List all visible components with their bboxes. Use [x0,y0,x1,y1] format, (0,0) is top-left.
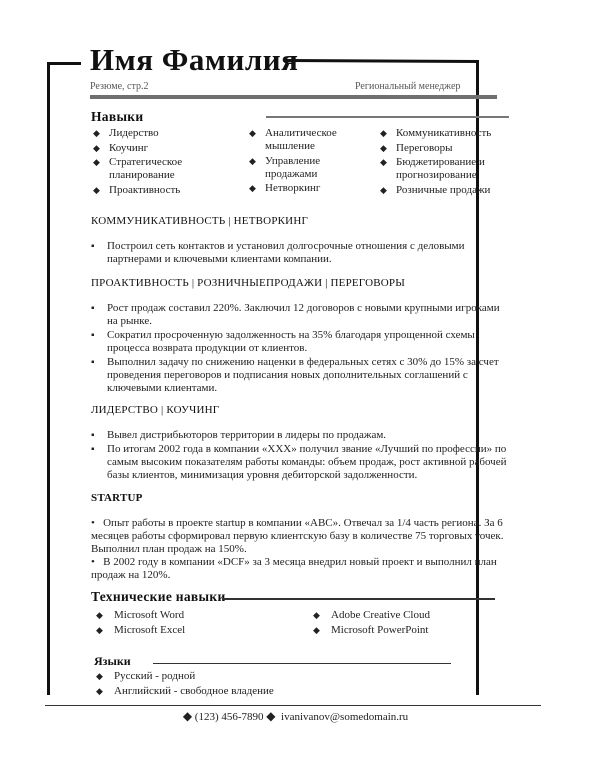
frame-top-right-border [285,59,478,63]
experience-category-title: КОММУНИКАТИВНОСТЬ | НЕТВОРКИНГ [91,215,308,227]
experience-category-title: STARTUP [91,492,143,504]
skill-item: ◆Проактивность [93,184,233,197]
tech-skills-right: ◆Adobe Creative Cloud ◆Microsoft PowerPo… [313,608,430,638]
diamond-bullet-icon: ◆ [249,182,256,195]
square-bullet-icon: ▪ [91,429,95,442]
tech-skills-left: ◆Microsoft Word ◆Microsoft Excel [96,608,185,638]
diamond-icon: ◆ [266,709,275,723]
tech-skill-item: ◆Microsoft Word [96,608,185,623]
experience-item: ▪Сократил просроченную задолженность на … [91,329,511,355]
diamond-bullet-icon: ◆ [96,623,103,638]
diamond-bullet-icon: ◆ [249,155,256,168]
tech-skill-item: ◆Microsoft PowerPoint [313,623,430,638]
email-address[interactable]: ivanivanov@somedomain.ru [281,711,408,723]
diamond-bullet-icon: ◆ [313,608,320,623]
square-bullet-icon: ▪ [91,302,95,315]
diamond-bullet-icon: ◆ [96,608,103,623]
experience-list: ▪Рост продаж составил 220%. Заключил 12 … [91,302,511,396]
experience-item: • Опыт работы в проекте startup в компан… [91,517,511,556]
language-item: ◆Английский - свободное владение [96,684,274,699]
skill-item: ◆Коммуникативность [380,127,500,140]
phone-number[interactable]: (123) 456-7890 [195,711,264,723]
tech-skill-item: ◆Adobe Creative Cloud [313,608,430,623]
square-bullet-icon: ▪ [91,240,95,253]
candidate-name: Имя Фамилия [90,40,298,80]
position-title: Региональный менеджер [355,81,460,92]
experience-item: ▪По итогам 2002 года в компании «XXX» по… [91,443,511,482]
frame-left-border [47,63,50,695]
header-divider [90,95,497,99]
frame-top-left-border [47,62,81,65]
experience-item: ▪Вывел дистрибьюторов территории в лидер… [91,429,511,442]
diamond-bullet-icon: ◆ [93,156,100,169]
skills-divider [266,116,509,118]
diamond-bullet-icon: ◆ [93,127,100,140]
skill-item: ◆Нетворкинг [249,182,349,195]
square-bullet-icon: ▪ [91,443,95,456]
skills-column-3: ◆Коммуникативность ◆Переговоры ◆Бюджетир… [380,127,500,198]
square-bullet-icon: ▪ [91,329,95,342]
diamond-bullet-icon: ◆ [380,127,387,140]
skill-item: ◆Управление продажами [249,155,349,181]
experience-category-title: ПРОАКТИВНОСТЬ | РОЗНИЧНЫЕПРОДАЖИ | ПЕРЕГ… [91,277,405,289]
diamond-bullet-icon: ◆ [313,623,320,638]
skill-item: ◆Лидерство [93,127,233,140]
skills-column-1: ◆Лидерство ◆Коучинг ◆Стратегическое план… [93,127,233,198]
experience-item: • В 2002 году в компании «DCF» за 3 меся… [91,556,511,582]
languages-list: ◆Русский - родной ◆Английский - свободно… [96,669,274,699]
skill-item: ◆Розничные продажи [380,184,500,197]
language-item: ◆Русский - родной [96,669,274,684]
diamond-bullet-icon: ◆ [93,184,100,197]
startup-list: • Опыт работы в проекте startup в компан… [91,517,511,582]
tech-skills-divider [222,598,495,600]
tech-skills-heading: Технические навыки [91,589,226,605]
diamond-bullet-icon: ◆ [96,669,103,684]
dot-bullet-icon: • [91,517,95,529]
languages-heading: Языки [94,654,131,669]
diamond-icon: ◆ [183,709,192,723]
experience-list: ▪Вывел дистрибьюторов территории в лидер… [91,429,511,483]
languages-divider [153,663,451,664]
experience-list: ▪Построил сеть контактов и установил дол… [91,240,511,267]
square-bullet-icon: ▪ [91,356,95,369]
skills-heading: Навыки [91,109,143,125]
experience-category-title: ЛИДЕРСТВО | КОУЧИНГ [91,404,219,416]
tech-skill-item: ◆Microsoft Excel [96,623,185,638]
footer-divider [45,705,541,706]
skill-item: ◆Бюджетирование и прогнозирование [380,156,500,182]
experience-item: ▪Рост продаж составил 220%. Заключил 12 … [91,302,511,328]
page-label: Резюме, стр.2 [90,81,148,92]
diamond-bullet-icon: ◆ [93,142,100,155]
skills-column-2: ◆Аналитическое мышление ◆Управление прод… [249,127,349,197]
skill-item: ◆Коучинг [93,142,233,155]
diamond-bullet-icon: ◆ [249,127,256,140]
diamond-bullet-icon: ◆ [380,184,387,197]
diamond-bullet-icon: ◆ [380,142,387,155]
diamond-bullet-icon: ◆ [380,156,387,169]
experience-item: ▪Выполнил задачу по снижению наценки в ф… [91,356,511,395]
diamond-bullet-icon: ◆ [96,684,103,699]
contacts-line: ◆ (123) 456-7890 ◆ ivanivanov@somedomain… [0,709,591,724]
skill-item: ◆Аналитическое мышление [249,127,349,153]
skill-item: ◆Переговоры [380,142,500,155]
experience-item: ▪Построил сеть контактов и установил дол… [91,240,511,266]
skill-item: ◆Стратегическое планирование [93,156,204,182]
dot-bullet-icon: • [91,556,95,568]
